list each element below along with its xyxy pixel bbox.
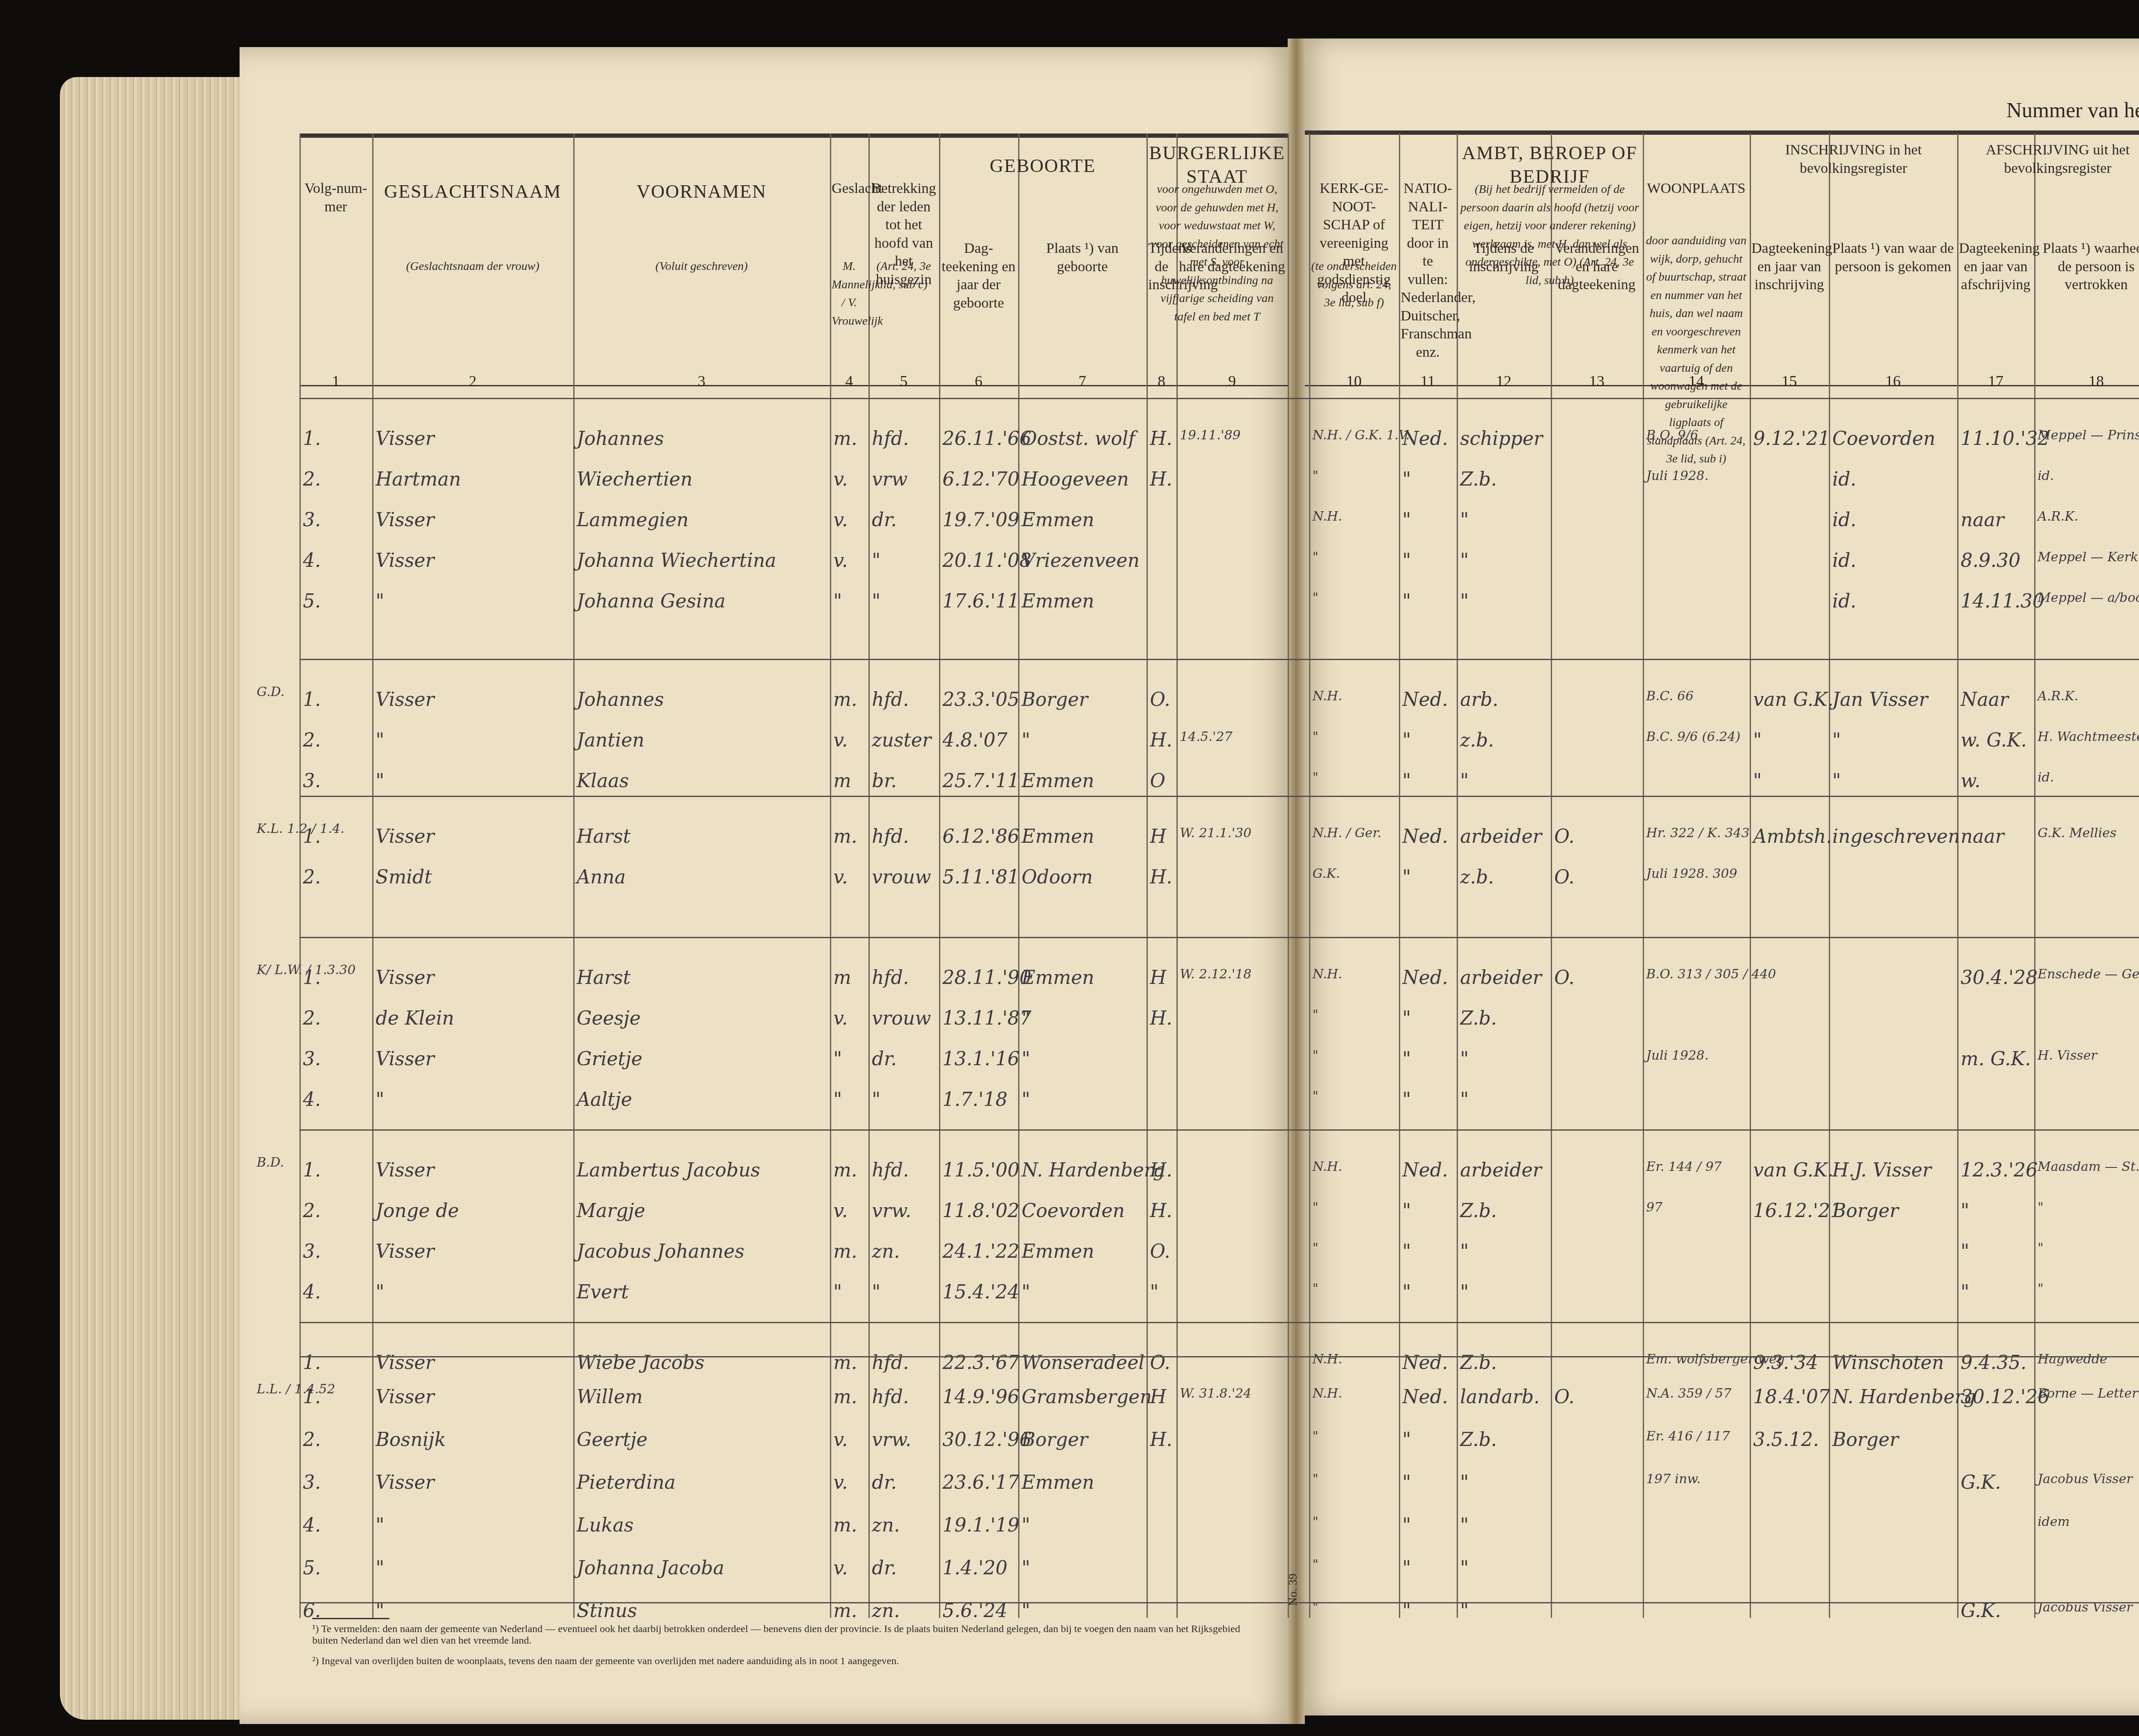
- cell-cs: H.: [1150, 1200, 1172, 1222]
- cell-dob: 1.4.'20: [942, 1557, 1007, 1579]
- cell-given: Klaas: [577, 770, 629, 792]
- cell-sex: m.: [833, 428, 857, 450]
- cell-job: Z.b.: [1460, 468, 1497, 490]
- cell-rel: hfd.: [872, 428, 909, 450]
- cell-surname: ": [376, 1557, 384, 1579]
- cell-address: Juli 1928.: [1646, 1048, 1709, 1063]
- cell-in-date: ": [1753, 729, 1762, 751]
- cell-rel: ": [872, 1089, 880, 1111]
- footnote-2: ²) Ingeval van overlijden buiten de woon…: [312, 1656, 1253, 1667]
- cell-nat: ": [1402, 550, 1411, 572]
- cell-out-date: m. G.K.: [1961, 1048, 2031, 1070]
- cell-nr: 1.: [303, 1159, 321, 1181]
- cell-dob: 19.1.'19: [942, 1514, 1019, 1536]
- cell-nr: 3.: [303, 770, 321, 792]
- cell-given: Johannes: [577, 428, 664, 450]
- cell-dob: 28.11.'90: [942, 967, 1031, 989]
- cell-job: arb.: [1460, 689, 1498, 711]
- cell-in-from: ": [1832, 770, 1841, 792]
- cell-address: Juli 1928. 309: [1646, 866, 1737, 881]
- cell-surname: Jonge de: [376, 1200, 459, 1222]
- cell-given: Lammegien: [577, 509, 689, 531]
- cell-out-to: id.: [2038, 468, 2054, 483]
- cell-out-to: H. Wachtmeester: [2038, 729, 2139, 744]
- cell-out-to: G.K. Mellies: [2038, 826, 2116, 841]
- column-header-note: (Voluit geschreven): [575, 257, 828, 275]
- cell-out-date: naar: [1961, 826, 2004, 847]
- cell-rel: ": [872, 1281, 880, 1303]
- cell-cs-change: 14.5.'27: [1180, 729, 1232, 744]
- cell-church: ": [1312, 1557, 1318, 1572]
- cell-in-from: id.: [1832, 509, 1856, 531]
- cell-given: Jacobus Johannes: [577, 1241, 744, 1262]
- cell-out-to: Hagwedde: [2038, 1352, 2107, 1367]
- cell-surname: ": [376, 1514, 384, 1536]
- cell-in-date: ": [1753, 770, 1762, 792]
- cell-out-date: ": [1961, 1241, 1969, 1262]
- cell-cs: H: [1150, 826, 1166, 847]
- cell-given: Johanna Wiechertina: [577, 550, 776, 572]
- cell-pob: ": [1022, 1089, 1030, 1111]
- cell-church: ": [1312, 590, 1318, 605]
- cell-job: arbeider: [1460, 1159, 1542, 1181]
- cell-in-date: 9.3.'34: [1753, 1352, 1818, 1374]
- cell-pob: Odoorn: [1022, 866, 1093, 888]
- cell-job: ": [1460, 550, 1469, 572]
- column-divider: [1750, 133, 1751, 1618]
- cell-pob: ": [1022, 1048, 1030, 1070]
- cell-sex: m.: [833, 1514, 857, 1536]
- family-separator: [299, 1129, 2139, 1131]
- cell-given: Lukas: [577, 1514, 634, 1536]
- cell-job: ": [1460, 509, 1469, 531]
- cell-nat: ": [1402, 590, 1411, 612]
- cell-out-to: idem: [2038, 1514, 2070, 1529]
- column-header: WOONPLAATS: [1644, 180, 1748, 198]
- cell-address: Juli 1928.: [1646, 468, 1709, 483]
- cell-nr: 3.: [303, 1241, 321, 1262]
- cell-out-to: Enschede — Geraniumstr. 18: [2038, 967, 2139, 982]
- column-header: GESLACHTSNAAM: [374, 180, 572, 203]
- family-separator: [299, 796, 2139, 797]
- cell-in-date: 3.5.12.: [1753, 1429, 1819, 1451]
- cell-in-from: id.: [1832, 468, 1856, 490]
- cell-surname: Visser: [376, 689, 434, 711]
- cell-surname: Visser: [376, 1159, 434, 1181]
- cell-rel: hfd.: [872, 967, 909, 989]
- cell-pob: Hoogeveen: [1022, 468, 1129, 490]
- column-divider: [1457, 133, 1458, 1618]
- cell-church: ": [1312, 1281, 1318, 1296]
- cell-out-date: naar: [1961, 509, 2004, 531]
- cell-church: N.H. / G.K. 1.V.: [1312, 428, 1410, 443]
- cell-out-to: ": [2038, 1241, 2044, 1256]
- book-page-edges-left: [60, 77, 240, 1720]
- column-divider: [868, 133, 870, 1618]
- cell-in-from: id.: [1832, 590, 1856, 612]
- cell-surname: ": [376, 729, 384, 751]
- cell-church: ": [1312, 1007, 1318, 1022]
- cell-sex: v.: [833, 1472, 848, 1493]
- cell-nr: 2.: [303, 1200, 321, 1222]
- cell-out-to: ": [2038, 1200, 2044, 1215]
- cell-out-to: H. Visser: [2038, 1048, 2097, 1063]
- cell-sex: v.: [833, 866, 848, 888]
- column-header-note: (Geslachtsnaam der vrouw): [374, 257, 572, 275]
- cell-surname: Bosnijk: [376, 1429, 446, 1451]
- family-separator: [299, 398, 2139, 399]
- cell-out-to: Meppel — a/boord Pr. Hendrikkade: [2038, 590, 2139, 605]
- cell-church: ": [1312, 468, 1318, 483]
- cell-rel: hfd.: [872, 1386, 909, 1408]
- column-divider: [1288, 133, 1289, 1618]
- cell-nr: 1.: [303, 1352, 321, 1374]
- cell-nat: ": [1402, 1557, 1411, 1579]
- cell-surname: ": [376, 1281, 384, 1303]
- cell-surname: Visser: [376, 428, 434, 450]
- cell-surname: de Klein: [376, 1007, 454, 1029]
- cell-in-from: Borger: [1832, 1200, 1899, 1222]
- cell-in-from: H.J. Visser: [1832, 1159, 1932, 1181]
- cell-sex: v.: [833, 1200, 848, 1222]
- column-header: VOORNAMEN: [575, 180, 828, 203]
- cell-pob: Borger: [1022, 689, 1088, 711]
- cell-out-date: 11.10.'32: [1961, 428, 2050, 450]
- cell-job-change: O.: [1554, 967, 1574, 989]
- cell-nat: ": [1402, 866, 1411, 888]
- cell-in-date: 16.12.'21: [1753, 1200, 1842, 1222]
- cell-dob: 13.11.'87: [942, 1007, 1031, 1029]
- cell-sex: m.: [833, 1386, 857, 1408]
- cell-nat: ": [1402, 1514, 1411, 1536]
- cell-church: ": [1312, 1514, 1318, 1529]
- cell-sex: v.: [833, 550, 848, 572]
- cell-rel: ": [872, 590, 880, 612]
- cell-dob: 26.11.'66: [942, 428, 1031, 450]
- cell-job: ": [1460, 1089, 1469, 1111]
- cell-cs: O.: [1150, 1241, 1170, 1262]
- cell-church: N.H.: [1312, 967, 1342, 982]
- footnote-1: ¹) Te vermelden: den naam der gemeente v…: [312, 1623, 1253, 1647]
- cell-dob: 22.3.'67: [942, 1352, 1019, 1374]
- cell-dob: 13.1.'16: [942, 1048, 1019, 1070]
- cell-rel: vrouw: [872, 866, 931, 888]
- cell-pob: ": [1022, 729, 1030, 751]
- column-header: Volg-num-mer: [301, 180, 370, 216]
- column-number: 11: [1399, 372, 1457, 390]
- cell-in-from: id.: [1832, 550, 1856, 572]
- cell-sex: v.: [833, 729, 848, 751]
- cell-rel: dr.: [872, 1557, 897, 1579]
- cell-nr: 2.: [303, 468, 321, 490]
- cell-church: ": [1312, 1472, 1318, 1487]
- cell-cs: O.: [1150, 689, 1170, 711]
- cell-dob: 15.4.'24: [942, 1281, 1019, 1303]
- cell-out-date: w. G.K.: [1961, 729, 2027, 751]
- cell-out-to: Borne — Letterveldweg 41: [2038, 1386, 2139, 1401]
- cell-surname: Visser: [376, 967, 434, 989]
- cell-address: B.O. 9/6: [1646, 428, 1698, 443]
- cell-surname: Hartman: [376, 468, 461, 490]
- cell-given: Johannes: [577, 689, 664, 711]
- cell-address: B.C. 9/6 (6.24): [1646, 729, 1741, 744]
- cell-address: 97: [1646, 1200, 1662, 1215]
- cell-pob: Coevorden: [1022, 1200, 1125, 1222]
- column-number: 1: [299, 372, 372, 390]
- cell-dob: 24.1.'22: [942, 1241, 1019, 1262]
- cell-out-date: G.K.: [1961, 1472, 2001, 1493]
- cell-dob: 14.9.'96: [942, 1386, 1019, 1408]
- cell-out-to: ": [2038, 1281, 2044, 1296]
- cell-cs: H.: [1150, 1159, 1172, 1181]
- cell-in-from: ": [1832, 729, 1841, 751]
- cell-given: Geertje: [577, 1429, 648, 1451]
- cell-rel: hfd.: [872, 1352, 909, 1374]
- cell-dob: 23.6.'17: [942, 1472, 1019, 1493]
- cell-pob: Vriezenveen: [1022, 550, 1140, 572]
- cell-out-date: ": [1961, 1281, 1969, 1303]
- column-divider: [1399, 133, 1400, 1618]
- column-divider: [939, 133, 940, 1618]
- cell-pob: Emmen: [1022, 770, 1094, 792]
- cell-dob: 6.12.'70: [942, 468, 1019, 490]
- cell-nr: 5.: [303, 590, 321, 612]
- cell-cs-change: W. 2.12.'18: [1180, 967, 1251, 982]
- cell-sex: v.: [833, 468, 848, 490]
- cell-job: ": [1460, 770, 1469, 792]
- column-number: 10: [1309, 372, 1399, 390]
- column-header-note: (te onderscheiden volgens art. 24, 3e li…: [1311, 257, 1397, 311]
- cell-rel: hfd.: [872, 1159, 909, 1181]
- column-header-note: M. Mannelijk / V. Vrouwelijk: [832, 257, 867, 329]
- cell-nr: 1.: [303, 428, 321, 450]
- cell-in-date: van G.K.: [1753, 1159, 1834, 1181]
- cell-address: B.O. 313 / 305 / 440: [1646, 967, 1776, 982]
- cell-church: N.H.: [1312, 1352, 1342, 1367]
- cell-cs: O: [1150, 770, 1165, 792]
- cell-cs: H.: [1150, 428, 1172, 450]
- cell-given: Anna: [577, 866, 626, 888]
- column-divider: [1176, 133, 1178, 1618]
- cell-nat: ": [1402, 1429, 1411, 1451]
- cell-given: Evert: [577, 1281, 629, 1303]
- cell-in-date: van G.K.: [1753, 689, 1834, 711]
- cell-address: 197 inw.: [1646, 1472, 1701, 1487]
- footnote-rule: [312, 1618, 389, 1619]
- cell-nr: 2.: [303, 1007, 321, 1029]
- column-header: Dag-teekening en jaar der geboorte: [941, 240, 1016, 312]
- family-separator: [299, 1322, 2139, 1323]
- cell-sex: m: [833, 967, 851, 989]
- cell-church: G.K.: [1312, 866, 1340, 881]
- cell-in-from: Coevorden: [1832, 428, 1935, 450]
- column-header-note: (Art. 24, 3e lid, sub c): [870, 257, 937, 293]
- cell-out-to: id.: [2038, 770, 2054, 785]
- cell-pob: ": [1022, 1281, 1030, 1303]
- cell-sex: ": [833, 1048, 842, 1070]
- cell-job: ": [1460, 1241, 1469, 1262]
- cell-dob: 25.7.'11: [942, 770, 1019, 792]
- cell-dob: 6.12.'86: [942, 826, 1019, 847]
- cell-out-to: A.R.K.: [2038, 689, 2078, 704]
- cell-given: Jantien: [577, 729, 644, 751]
- cell-job: ": [1460, 1472, 1469, 1493]
- cell-cs: H.: [1150, 1429, 1172, 1451]
- cell-given: Johanna Gesina: [577, 590, 726, 612]
- cell-dob: 20.11.'08: [942, 550, 1031, 572]
- cell-surname: Visser: [376, 1352, 434, 1374]
- cell-nr: 3.: [303, 1472, 321, 1493]
- cell-pob: ": [1022, 1007, 1030, 1029]
- cell-nat: ": [1402, 1007, 1411, 1029]
- cell-job: ": [1460, 1048, 1469, 1070]
- cell-out-to: Jacobus Visser: [2038, 1472, 2133, 1487]
- cell-given: Margje: [577, 1200, 645, 1222]
- cell-rel: hfd.: [872, 689, 909, 711]
- cell-address: Er. 416 / 117: [1646, 1429, 1730, 1444]
- family-separator: [299, 937, 2139, 938]
- cell-nr: 3.: [303, 1048, 321, 1070]
- cell-job: arbeider: [1460, 967, 1542, 989]
- family-margin-note: G.D.: [257, 684, 284, 699]
- cell-nat: Ned.: [1402, 967, 1448, 989]
- cell-surname: Visser: [376, 1241, 434, 1262]
- cell-sex: m.: [833, 1241, 857, 1262]
- cell-surname: Visser: [376, 1386, 434, 1408]
- column-divider: [1551, 133, 1552, 1618]
- cell-church: ": [1312, 729, 1318, 744]
- header-top-rule-right: [1305, 130, 2139, 135]
- cell-nat: Ned.: [1402, 1159, 1448, 1181]
- cell-dob: 1.7.'18: [942, 1089, 1007, 1111]
- cell-nat: ": [1402, 1200, 1411, 1222]
- cell-cs: H.: [1150, 468, 1172, 490]
- column-number: 8: [1147, 372, 1176, 390]
- column-number: 12: [1457, 372, 1551, 390]
- cell-job-change: O.: [1554, 826, 1574, 847]
- cell-dob: 30.12.'96: [942, 1429, 1031, 1451]
- column-number: 9: [1176, 372, 1288, 390]
- cell-cs-change: 19.11.'89: [1180, 428, 1241, 443]
- cell-job: Z.b.: [1460, 1429, 1497, 1451]
- cell-job-change: O.: [1554, 866, 1574, 888]
- burgerlijke-staat-note: voor ongehuwden met O, voor de gehuwden …: [1149, 180, 1286, 325]
- cell-pob: ": [1022, 1557, 1030, 1579]
- cell-nat: ": [1402, 1281, 1411, 1303]
- family-separator: [299, 1356, 2139, 1357]
- cell-sex: m.: [833, 826, 857, 847]
- cell-pob: Borger: [1022, 1429, 1088, 1451]
- cell-nat: Ned.: [1402, 1352, 1448, 1374]
- family-margin-note: B.D.: [257, 1155, 284, 1170]
- cell-out-date: ": [1961, 1200, 1969, 1222]
- cell-nat: Ned.: [1402, 689, 1448, 711]
- column-number: 6: [939, 372, 1018, 390]
- cell-nr: 5.: [303, 1557, 321, 1579]
- cell-job: landarb.: [1460, 1386, 1540, 1408]
- cell-job: schipper: [1460, 428, 1543, 450]
- cell-in-date: 18.4.'07: [1753, 1386, 1830, 1408]
- column-divider: [1309, 133, 1310, 1618]
- cell-in-date: 9.12.'21: [1753, 428, 1830, 450]
- column-number: 4: [830, 372, 868, 390]
- cell-surname: Visser: [376, 1048, 434, 1070]
- cell-church: ": [1312, 1200, 1318, 1215]
- cell-nat: ": [1402, 1472, 1411, 1493]
- cell-pob: N. Hardenberg: [1022, 1159, 1165, 1181]
- cell-job: Z.b.: [1460, 1352, 1497, 1374]
- cell-cs: H.: [1150, 1007, 1172, 1029]
- cell-nat: ": [1402, 770, 1411, 792]
- cell-rel: vrouw: [872, 1007, 931, 1029]
- cell-church: N.H.: [1312, 689, 1342, 704]
- cell-out-date: 14.11.30: [1961, 590, 2044, 612]
- cell-rel: vrw: [872, 468, 908, 490]
- cell-job-change: O.: [1554, 1386, 1574, 1408]
- column-divider: [830, 133, 831, 1618]
- cell-rel: dr.: [872, 1048, 897, 1070]
- cell-nr: 4.: [303, 1281, 321, 1303]
- column-number: 15: [1750, 372, 1829, 390]
- table-bottom-rule: [299, 1602, 2139, 1603]
- cell-in-from: Borger: [1832, 1429, 1899, 1451]
- cell-nat: ": [1402, 1089, 1411, 1111]
- cell-out-to: Maasdam — St. Anthony-Polder no. 49: [2038, 1159, 2139, 1174]
- cell-nr: 4.: [303, 1089, 321, 1111]
- cell-rel: zn.: [872, 1514, 900, 1536]
- cell-dob: 11.5.'00: [942, 1159, 1019, 1181]
- cell-cs: H: [1150, 1386, 1166, 1408]
- cell-rel: vrw.: [872, 1200, 911, 1222]
- cell-cs: H: [1150, 967, 1166, 989]
- cell-given: Johanna Jacoba: [577, 1557, 724, 1579]
- cell-church: ": [1312, 1089, 1318, 1104]
- cell-given: Wiebe Jacobs: [577, 1352, 705, 1374]
- cell-rel: dr.: [872, 509, 897, 531]
- cell-dob: 5.11.'81: [942, 866, 1019, 888]
- cell-nr: 2.: [303, 1429, 321, 1451]
- column-number: 5: [868, 372, 939, 390]
- cell-nat: ": [1402, 509, 1411, 531]
- cell-out-date: 9.4.35.: [1961, 1352, 2026, 1374]
- cell-rel: vrw.: [872, 1429, 911, 1451]
- column-number: 3: [573, 372, 830, 390]
- cell-out-date: w.: [1961, 770, 1980, 792]
- cell-nr: 2.: [303, 729, 321, 751]
- cell-dob: 4.8.'07: [942, 729, 1007, 751]
- column-divider: [372, 133, 373, 1618]
- cell-given: Aaltje: [577, 1089, 632, 1111]
- cell-nr: 2.: [303, 866, 321, 888]
- cell-job: Z.b.: [1460, 1007, 1497, 1029]
- cell-surname: ": [376, 590, 384, 612]
- sheet-number-label: Nummer van het blad: [2006, 98, 2139, 122]
- cell-church: N.H. / Ger.: [1312, 826, 1381, 841]
- cell-cs: O.: [1150, 1352, 1170, 1374]
- cell-church: ": [1312, 1241, 1318, 1256]
- column-header: NATIO-NALI-TEIT door in te vullen: Neder…: [1401, 180, 1455, 361]
- cell-nr: 1.: [303, 826, 321, 847]
- column-number: 16: [1829, 372, 1957, 390]
- cell-rel: hfd.: [872, 826, 909, 847]
- cell-cs: ": [1150, 1281, 1158, 1303]
- cell-sex: ": [833, 1089, 842, 1111]
- cell-pob: Emmen: [1022, 1472, 1094, 1493]
- cell-given: Geesje: [577, 1007, 641, 1029]
- cell-surname: ": [376, 1089, 384, 1111]
- cell-church: N.H.: [1312, 509, 1342, 524]
- column-header: Geslacht: [832, 180, 867, 198]
